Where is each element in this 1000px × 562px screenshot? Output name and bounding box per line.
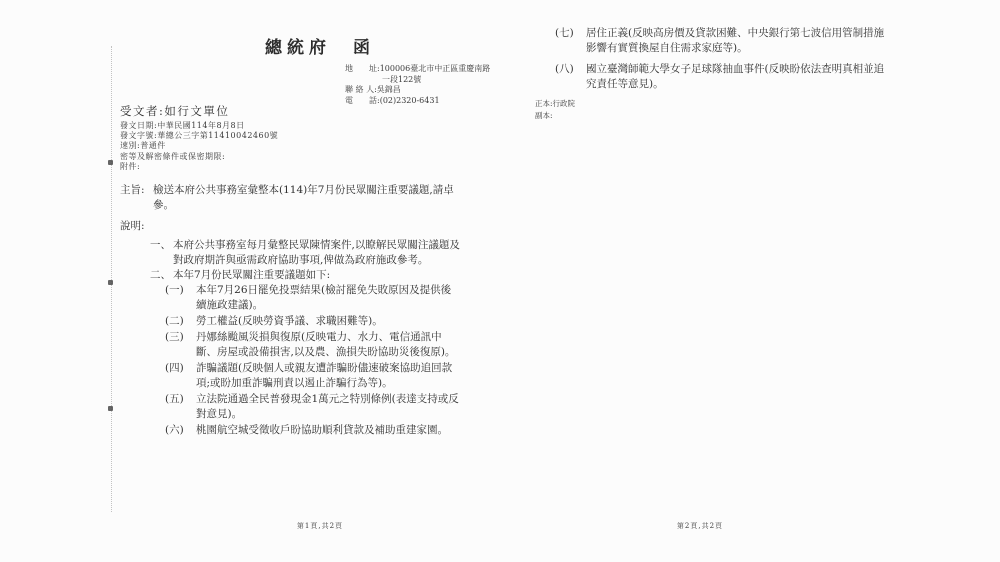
binding-line [111, 46, 112, 512]
subject-section: 主旨: 檢送本府公共事務室彙整本(114)年7月份民眾關注重要議題,請卓參。 [120, 183, 461, 213]
recipient-line: 受文者:如行文單位 [120, 103, 229, 119]
page2-body: (七) 居住正義(反映高房價及貸款困難、中央銀行第七波信用管制措施影響有實質換屋… [555, 26, 887, 98]
subitem-marker: (一) [165, 283, 196, 313]
binding-mark [108, 406, 113, 411]
subitem-marker: (八) [555, 62, 586, 92]
document-meta-block: 發文日期:中華民國114年8月8日 發文字號:華總公三字第11410042460… [120, 121, 278, 172]
subitem-text: 桃園航空城受徵收戶盼協助順利貸款及補助重建家園。 [196, 423, 461, 438]
item-text: 本年7月份民眾關注重要議題如下: [173, 268, 461, 283]
address-line: 地 址:100006臺北市中正區重慶南路 [345, 64, 490, 75]
list-item: 一、 本府公共事務室每月彙整民眾陳情案件,以瞭解民眾關注議題及對政府期許與亟需政… [150, 238, 461, 268]
page1-footer: 第1頁,共2頁 [260, 521, 380, 531]
subitem-marker: (七) [555, 26, 586, 56]
sender-address-block: 地 址:100006臺北市中正區重慶南路 一段122號 聯 絡 人:吳錦昌 電 … [345, 64, 490, 106]
subitem-marker: (四) [165, 361, 196, 391]
list-item: 二、 本年7月份民眾關注重要議題如下: [150, 268, 461, 283]
attachment: 附件: [120, 162, 278, 172]
item-text: 本府公共事務室每月彙整民眾陳情案件,以瞭解民眾關注議題及對政府期許與亟需政府協助… [173, 238, 461, 268]
list-subitem: (七) 居住正義(反映高房價及貸款困難、中央銀行第七波信用管制措施影響有實質換屋… [555, 26, 887, 56]
issue-date: 發文日期:中華民國114年8月8日 [120, 121, 278, 131]
item-marker: 二、 [150, 268, 173, 283]
item-marker: 一、 [150, 238, 173, 268]
contact-person: 聯 絡 人:吳錦昌 [345, 85, 490, 96]
subitem-marker: (五) [165, 392, 196, 422]
subitem-text: 丹娜絲颱風災損與復原(反映電力、水力、電信通訊中斷、房屋或設備損害,以及農、漁損… [196, 330, 461, 360]
phone-number: 電 話:(02)2320-6431 [345, 96, 490, 107]
page2-footer: 第2頁,共2頁 [640, 521, 760, 531]
subitem-marker: (三) [165, 330, 196, 360]
address-line-2: 一段122號 [382, 75, 490, 86]
explanation-label: 說明: [120, 219, 461, 234]
list-subitem: (四) 詐騙議題(反映個人或親友遭詐騙盼儘速破案協助追回款項;或盼加重詐騙刑責以… [165, 361, 461, 391]
subitem-marker: (二) [165, 314, 196, 329]
subitem-text: 立法院通過全民普發現金1萬元之特別條例(表達支持或反對意見)。 [196, 392, 461, 422]
list-subitem: (二) 勞工權益(反映勞資爭議、求職困難等)。 [165, 314, 461, 329]
binding-mark [108, 280, 113, 285]
subject-text: 檢送本府公共事務室彙整本(114)年7月份民眾關注重要議題,請卓參。 [153, 183, 461, 213]
subject-label: 主旨: [120, 183, 153, 213]
list-subitem: (五) 立法院通過全民普發現金1萬元之特別條例(表達支持或反對意見)。 [165, 392, 461, 422]
list-subitem: (八) 國立臺灣師範大學女子足球隊抽血事件(反映盼依法查明真相並追究責任等意見)… [555, 62, 887, 92]
issue-number: 發文字號:華總公三字第11410042460號 [120, 131, 278, 141]
document-title: 總統府 函 [110, 33, 530, 58]
original-copy-line: 正本:行政院 [535, 98, 575, 110]
subitem-text: 勞工權益(反映勞資爭議、求職困難等)。 [196, 314, 461, 329]
binding-mark [108, 160, 113, 165]
subitem-text: 國立臺灣師範大學女子足球隊抽血事件(反映盼依法查明真相並追究責任等意見)。 [586, 62, 887, 92]
list-subitem: (三) 丹娜絲颱風災損與復原(反映電力、水力、電信通訊中斷、房屋或設備損害,以及… [165, 330, 461, 360]
list-subitem: (六) 桃園航空城受徵收戶盼協助順利貸款及補助重建家園。 [165, 423, 461, 438]
subitem-marker: (六) [165, 423, 196, 438]
subitem-text: 本年7月26日罷免投票結果(檢討罷免失敗原因及提供後續施政建議)。 [196, 283, 461, 313]
subitem-text: 居住正義(反映高房價及貸款困難、中央銀行第七波信用管制措施影響有實質換屋自住需求… [586, 26, 887, 56]
cc-copy-line: 副本: [535, 110, 575, 122]
copy-recipients-block: 正本:行政院 副本: [535, 98, 575, 121]
list-subitem: (一) 本年7月26日罷免投票結果(檢討罷免失敗原因及提供後續施政建議)。 [165, 283, 461, 313]
security-class: 密等及解密條件或保密期限: [120, 152, 278, 162]
speed-class: 速別:普通件 [120, 141, 278, 151]
page1-body: 主旨: 檢送本府公共事務室彙整本(114)年7月份民眾關注重要議題,請卓參。 說… [120, 183, 461, 439]
subitem-text: 詐騙議題(反映個人或親友遭詐騙盼儘速破案協助追回款項;或盼加重詐騙刑責以遏止詐騙… [196, 361, 461, 391]
